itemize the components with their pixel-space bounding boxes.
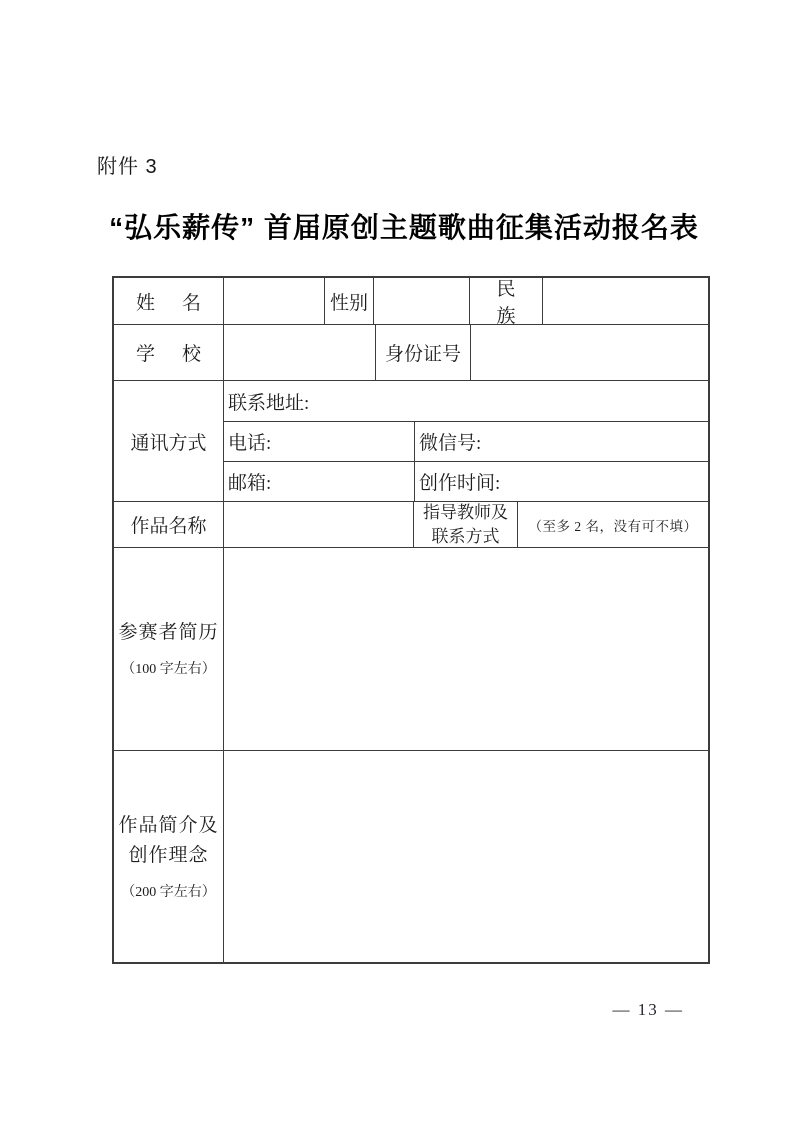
resume-label-text: 参赛者简历	[118, 618, 218, 648]
page-title: “弘乐薪传” 首届原创主题歌曲征集活动报名表	[64, 206, 744, 246]
document-page: 附件 3 “弘乐薪传” 首届原创主题歌曲征集活动报名表 姓 名 性别 民 族 学…	[0, 0, 794, 1123]
intro-label: 作品简介及 创作理念 （200 字左右）	[114, 751, 223, 962]
wechat-label: 微信号:	[414, 422, 708, 461]
ethnicity-value-cell	[542, 278, 708, 324]
page-number: — 13 —	[613, 1000, 685, 1020]
intro-label-line1: 作品简介及	[118, 811, 218, 841]
contact-label: 通讯方式	[114, 381, 223, 501]
gender-value-cell	[373, 278, 469, 324]
table-row: 学 校 身份证号	[114, 324, 708, 380]
registration-form-table: 姓 名 性别 民 族 学 校 身份证号 通讯方式 联系地址: 电话: 微信号:	[112, 276, 710, 964]
table-row: 姓 名 性别 民 族	[114, 278, 708, 324]
table-row: 通讯方式 联系地址: 电话: 微信号: 邮箱: 创作时间:	[114, 380, 708, 501]
name-label: 姓 名	[114, 278, 223, 324]
resume-note: （100 字左右）	[121, 660, 216, 680]
table-row: 作品名称 指导教师及 联系方式 （至多 2 名，没有可不填）	[114, 501, 708, 547]
advisor-note: （至多 2 名，没有可不填）	[517, 502, 708, 547]
intro-label-line2: 创作理念	[128, 841, 208, 871]
contact-grid: 联系地址: 电话: 微信号: 邮箱: 创作时间:	[223, 381, 708, 501]
work-title-label: 作品名称	[114, 502, 223, 547]
creation-time-label: 创作时间:	[414, 462, 708, 501]
gender-label: 性别	[324, 278, 373, 324]
address-label: 联系地址:	[224, 381, 309, 421]
resume-value-cell	[223, 548, 708, 750]
advisor-label-line1: 指导教师及	[423, 501, 508, 525]
school-label: 学 校	[114, 325, 223, 380]
advisor-label: 指导教师及 联系方式	[413, 502, 517, 547]
table-row: 参赛者简历 （100 字左右）	[114, 547, 708, 750]
intro-note: （200 字左右）	[121, 883, 216, 903]
id-number-label: 身份证号	[375, 325, 470, 380]
email-label: 邮箱:	[224, 462, 414, 501]
attachment-label: 附件 3	[97, 150, 158, 179]
contact-phone-row: 电话: 微信号:	[224, 421, 708, 461]
table-row: 作品简介及 创作理念 （200 字左右）	[114, 750, 708, 962]
contact-address-row: 联系地址:	[224, 381, 708, 421]
contact-email-row: 邮箱: 创作时间:	[224, 461, 708, 501]
work-title-value-cell	[223, 502, 413, 547]
school-value-cell	[223, 325, 375, 380]
name-value-cell	[223, 278, 324, 324]
id-number-value-cell	[470, 325, 708, 380]
intro-value-cell	[223, 751, 708, 962]
ethnicity-label: 民 族	[469, 278, 542, 324]
advisor-label-line2: 联系方式	[432, 525, 500, 549]
resume-label: 参赛者简历 （100 字左右）	[114, 548, 223, 750]
phone-label: 电话:	[224, 422, 414, 461]
